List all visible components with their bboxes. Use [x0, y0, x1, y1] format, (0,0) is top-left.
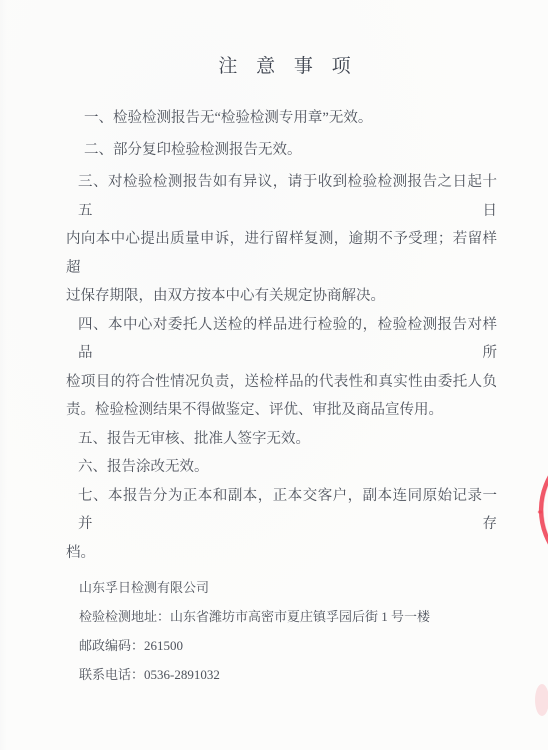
- notice-line-12: 档。: [66, 539, 497, 568]
- postal-code: 邮政编码：261500: [79, 631, 519, 660]
- notice-line-1: 一、检验检测报告无“检验检测专用章”无效。: [66, 104, 497, 133]
- notice-line-2: 二、部分复印检验检测报告无效。: [66, 136, 497, 165]
- notice-line-5: 过保存期限，由双方按本中心有关规定协商解决。: [66, 282, 497, 311]
- notice-line-4: 内向本中心提出质量申诉，进行留样复测，逾期不予受理；若留样超: [66, 225, 497, 282]
- notice-line-8: 责。检验检测结果不得做鉴定、评优、审批及商品宣传用。: [66, 396, 497, 425]
- notice-line-6: 四、本中心对委托人送检的样品进行检验的，检验检测报告对样品所: [66, 311, 497, 368]
- inspection-address: 检验检测地址：山东省潍坊市高密市夏庄镇孚园后街 1 号一楼: [79, 602, 519, 631]
- notice-line-11: 七、本报告分为正本和副本，正本交客户，副本连同原始记录一并存: [66, 482, 497, 539]
- notice-line-9: 五、报告无审核、批准人签字无效。: [66, 425, 497, 454]
- company-name: 山东孚日检测有限公司: [79, 573, 519, 602]
- scanned-notice-page: 注 意 事 项 一、检验检测报告无“检验检测专用章”无效。 二、部分复印检验检测…: [0, 0, 548, 750]
- notice-line-7: 检项目的符合性情况负责，送检样品的代表性和真实性由委托人负: [66, 368, 497, 397]
- page-title: 注 意 事 项: [14, 51, 548, 78]
- notice-line-3: 三、对检验检测报告如有异议，请于收到检验检测报告之日起十五日: [66, 168, 497, 225]
- notice-line-10: 六、报告涂改无效。: [66, 453, 497, 482]
- footer-contact-block: 山东孚日检测有限公司 检验检测地址：山东省潍坊市高密市夏庄镇孚园后街 1 号一楼…: [79, 573, 519, 689]
- notice-clause-list: 一、检验检测报告无“检验检测专用章”无效。 二、部分复印检验检测报告无效。 三、…: [66, 104, 497, 567]
- contact-phone: 联系电话：0536-2891032: [79, 660, 519, 689]
